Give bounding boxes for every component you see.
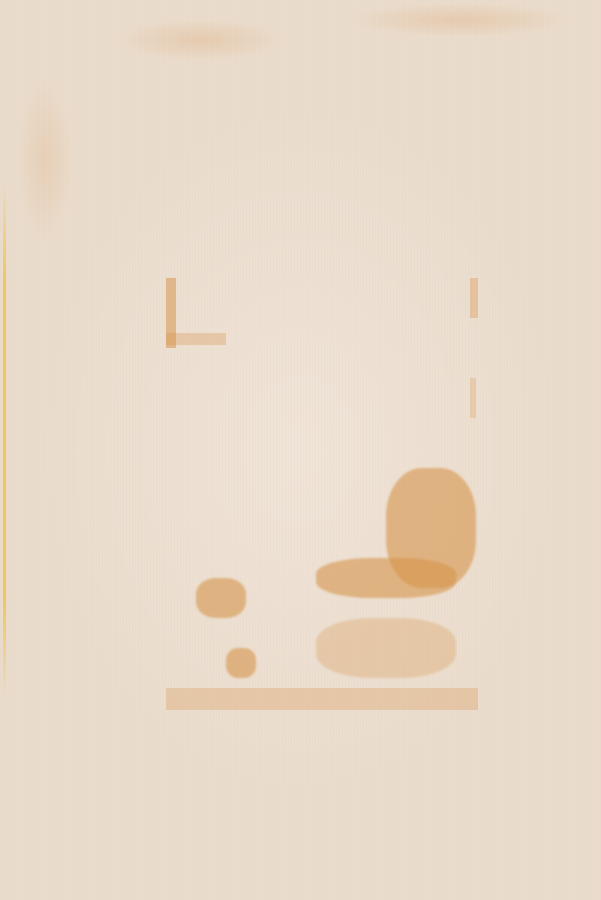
- yellow-edge-line: [3, 180, 6, 700]
- stain-blob-left: [196, 578, 246, 618]
- stain-right-mid-edge: [470, 378, 476, 418]
- stain-right-top-edge: [470, 278, 478, 318]
- stain-bottom-edge: [166, 688, 478, 710]
- offset-stain: [166, 278, 478, 710]
- stain-blob-mid: [316, 558, 456, 598]
- aged-paper: [0, 0, 601, 900]
- stain-blob-lower: [316, 618, 456, 678]
- stain-blob-round: [226, 648, 256, 678]
- stain-top-left-band: [166, 333, 226, 345]
